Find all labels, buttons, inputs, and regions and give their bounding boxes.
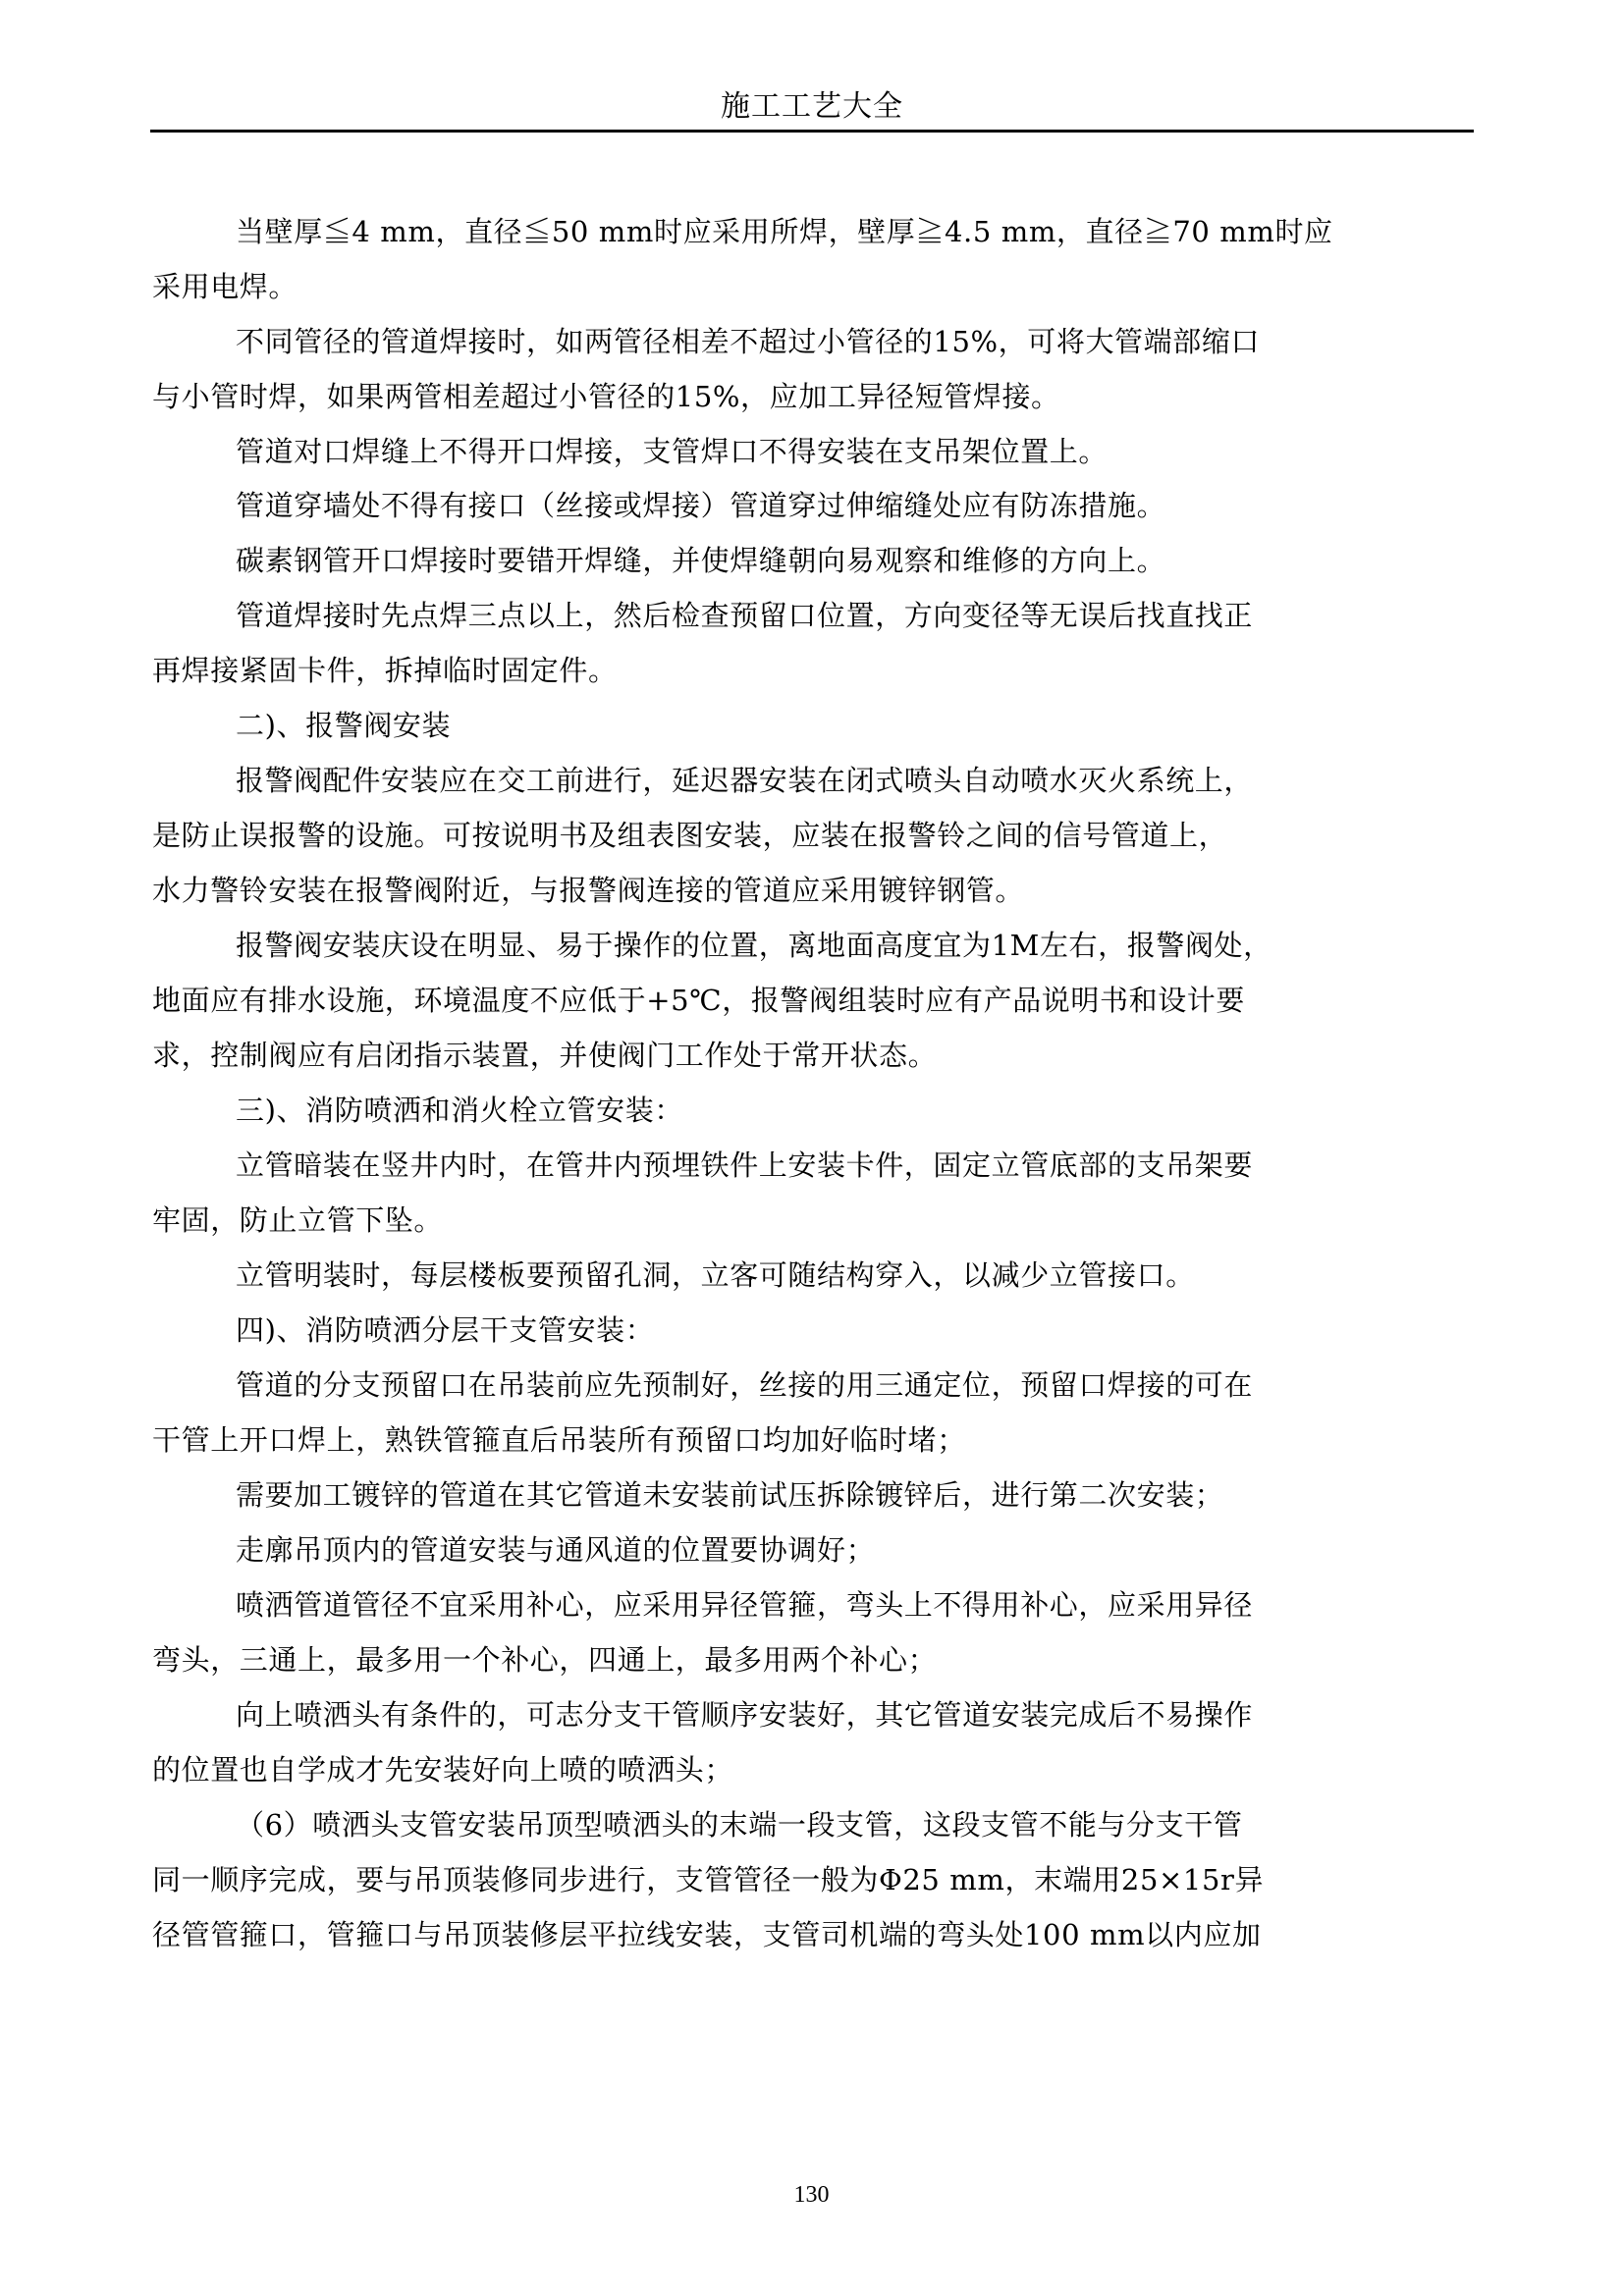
section-heading: 二)、报警阀安装: [236, 706, 1389, 745]
text-line: 同一顺序完成，要与吊顶装修同步进行，支管管径一般为Φ25 mm，末端用25×15…: [152, 1860, 1389, 1899]
text-line: 立管暗装在竖井内时，在管井内预埋铁件上安装卡件，固定立管底部的支吊架要: [236, 1146, 1389, 1185]
text-line: 向上喷洒头有条件的，可志分支干管顺序安装好，其它管道安装完成后不易操作: [236, 1695, 1389, 1735]
numbered-item: （6）喷洒头支管安装吊顶型喷洒头的末端一段支管，这段支管不能与分支干管: [236, 1805, 1389, 1844]
text-line: 管道对口焊缝上不得开口焊接，支管焊口不得安装在支吊架位置上。: [236, 432, 1389, 471]
text-line: 牢固，防止立管下坠。: [152, 1201, 1389, 1240]
text-line: 当壁厚≦4 mm，直径≦50 mm时应采用所焊，壁厚≧4.5 mm，直径≧70 …: [236, 212, 1389, 251]
section-heading: 三)、消防喷洒和消火栓立管安装：: [236, 1091, 1389, 1130]
text-line: 报警阀安装庆设在明显、易于操作的位置，离地面高度宜为1M左右，报警阀处，: [236, 926, 1389, 965]
text-line: 求，控制阀应有启闭指示装置，并使阀门工作处于常开状态。: [152, 1036, 1389, 1075]
text-line: 水力警铃安装在报警阀附近，与报警阀连接的管道应采用镀锌钢管。: [152, 871, 1389, 910]
text-line: 走廓吊顶内的管道安装与通风道的位置要协调好；: [236, 1530, 1389, 1570]
document-page: 施工工艺大全 当壁厚≦4 mm，直径≦50 mm时应采用所焊，壁厚≧4.5 mm…: [0, 0, 1623, 2296]
text-line: 管道焊接时先点焊三点以上，然后检查预留口位置，方向变径等无误后找直找正: [236, 596, 1389, 635]
section-heading: 四)、消防喷洒分层干支管安装：: [236, 1310, 1389, 1350]
text-line: 不同管径的管道焊接时，如两管径相差不超过小管径的15%，可将大管端部缩口: [236, 322, 1389, 361]
page-number: 130: [0, 2181, 1623, 2209]
text-line: 再焊接紧固卡件，拆掉临时固定件。: [152, 651, 1389, 690]
text-line: 立管明装时，每层楼板要预留孔洞，立客可随结构穿入，以减少立管接口。: [236, 1255, 1389, 1295]
text-line: 报警阀配件安装应在交工前进行，延迟器安装在闭式喷头自动喷水灭火系统上，: [236, 761, 1389, 800]
text-line: 径管管箍口，管箍口与吊顶装修层平拉线安装，支管司机端的弯头处100 mm以内应加: [152, 1915, 1389, 1954]
text-line: 弯头，三通上，最多用一个补心，四通上，最多用两个补心；: [152, 1640, 1389, 1680]
text-line: 管道穿墙处不得有接口（丝接或焊接）管道穿过伸缩缝处应有防冻措施。: [236, 486, 1389, 525]
text-line: 的位置也自学成才先安装好向上喷的喷洒头；: [152, 1750, 1389, 1789]
text-line: 管道的分支预留口在吊装前应先预制好，丝接的用三通定位，预留口焊接的可在: [236, 1365, 1389, 1405]
text-line: 喷洒管道管径不宜采用补心，应采用异径管箍，弯头上不得用补心，应采用异径: [236, 1585, 1389, 1625]
text-line: 碳素钢管开口焊接时要错开焊缝，并使焊缝朝向易观察和维修的方向上。: [236, 541, 1389, 580]
text-line: 采用电焊。: [152, 267, 1389, 306]
text-line: 是防止误报警的设施。可按说明书及组表图安装，应装在报警铃之间的信号管道上，: [152, 816, 1389, 855]
text-line: 地面应有排水设施，环境温度不应低于+5℃，报警阀组装时应有产品说明书和设计要: [152, 981, 1389, 1020]
body-text: 当壁厚≦4 mm，直径≦50 mm时应采用所焊，壁厚≧4.5 mm，直径≧70 …: [0, 0, 1623, 2296]
text-line: 干管上开口焊上，熟铁管箍直后吊装所有预留口均加好临时堵；: [152, 1420, 1389, 1460]
text-line: 需要加工镀锌的管道在其它管道未安装前试压拆除镀锌后，进行第二次安装；: [236, 1475, 1389, 1515]
text-line: 与小管时焊，如果两管相差超过小管径的15%，应加工异径短管焊接。: [152, 377, 1389, 416]
